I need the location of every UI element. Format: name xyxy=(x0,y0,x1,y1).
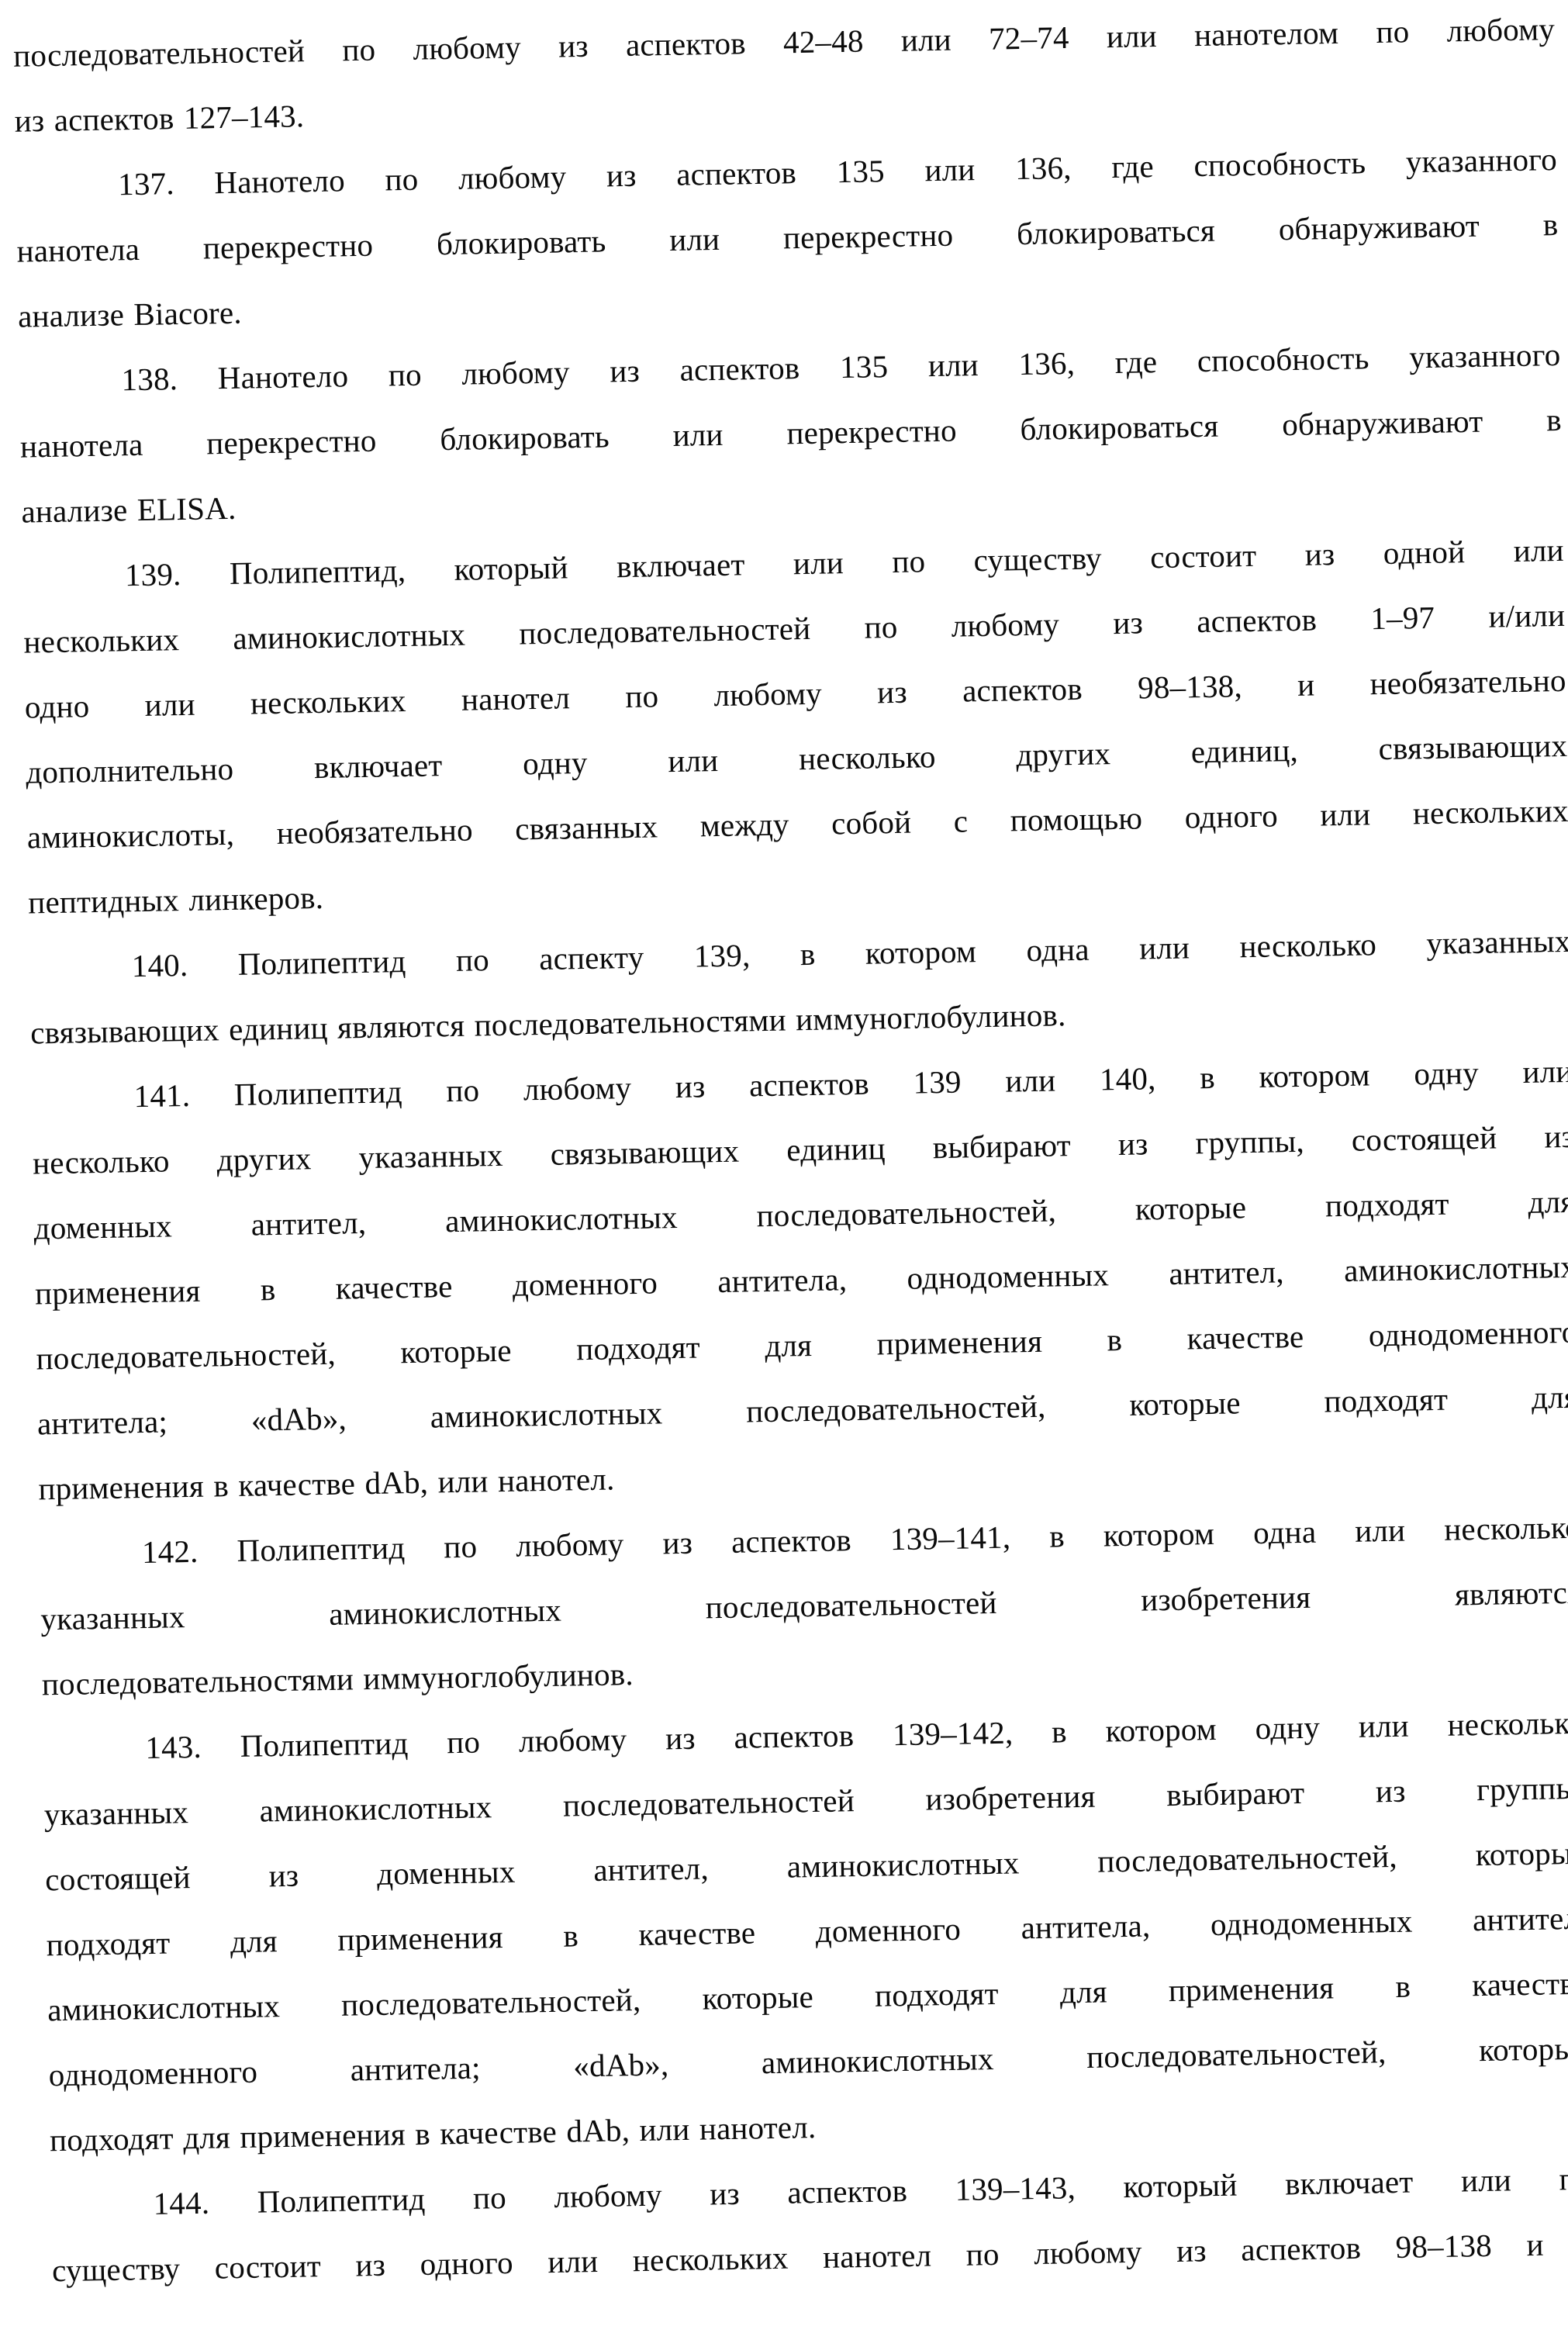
paragraph-137: 137. Нанотело по любому из аспектов 135 … xyxy=(15,126,1559,349)
paragraph-143: 143. Полипептид по любому из аспектов 13… xyxy=(43,1690,1568,2173)
scanned-text-block: последовательностей по любому из аспекто… xyxy=(0,0,1568,2304)
paragraph-144: 144. Полипептид по любому из аспектов 13… xyxy=(50,2146,1568,2304)
paragraph-138: 138. Нанотело по любому из аспектов 135 … xyxy=(19,322,1563,544)
document-page: последовательностей по любому из аспекто… xyxy=(0,0,1568,2333)
paragraph-142: 142. Полипептид по любому из аспектов 13… xyxy=(39,1495,1568,1717)
paragraph-141: 141. Полипептид по любому из аспектов 13… xyxy=(31,1039,1568,1522)
paragraph-139: 139. Полипептид, который включает или по… xyxy=(22,517,1568,935)
